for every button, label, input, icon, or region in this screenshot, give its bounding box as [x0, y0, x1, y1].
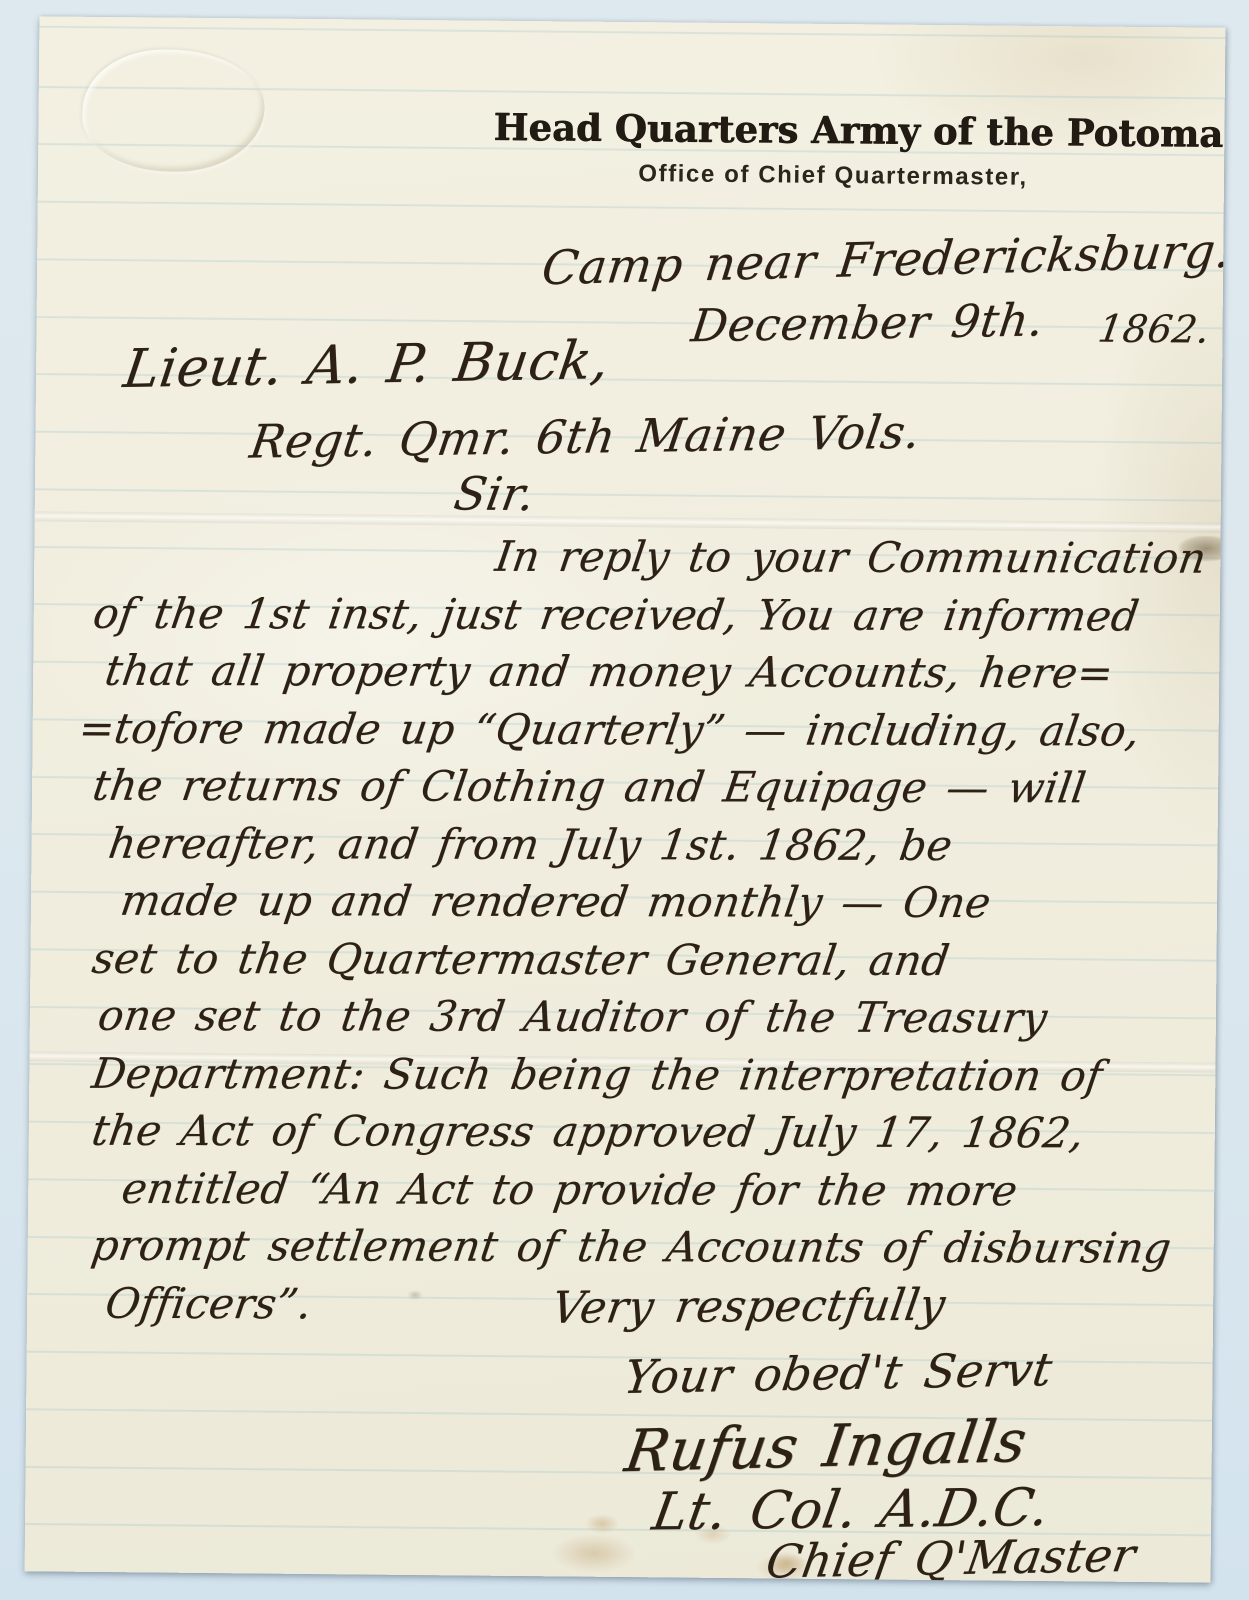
body-line: In reply to your Communication: [90, 527, 1208, 587]
body-line: set to the Quartermaster General, and: [89, 929, 1207, 989]
recipient-name: Lieut. A. P. Buck,: [120, 330, 613, 400]
body-line: one set to the 3rd Auditor of the Treasu…: [94, 987, 1206, 1047]
signature-name: Rufus Ingalls: [621, 1407, 1032, 1485]
recipient-unit: Regt. Qmr. 6th Maine Vols.: [247, 405, 925, 469]
letterhead-office: Office of Chief Quartermaster,: [493, 159, 1173, 194]
embossed-seal: [82, 49, 265, 173]
body-line: hereafter, and from July 1st. 1862, be: [105, 814, 1207, 874]
body-line: made up and rendered monthly — One: [117, 872, 1207, 932]
stain-spot: [585, 1514, 619, 1534]
printed-letterhead: Head Quarters Army of the Potomac, Offic…: [493, 105, 1174, 194]
scan-background: Head Quarters Army of the Potomac, Offic…: [0, 0, 1249, 1600]
salutation: Sir.: [450, 466, 539, 521]
dateline-place: Camp near Fredericksburg.: [539, 224, 1225, 297]
closing-respectfully: Very respectfully: [548, 1280, 949, 1334]
body-line: of the 1st inst, just received, You are …: [89, 584, 1207, 644]
body-line: prompt settlement of the Accounts of dis…: [88, 1217, 1206, 1277]
body-line: entitled “An Act to provide for the more: [118, 1159, 1206, 1219]
dateline-date: December 9th.: [688, 293, 1046, 352]
letter-body: In reply to your Communication of the 1s…: [88, 527, 1200, 1335]
body-line: Department: Such being the interpretatio…: [88, 1044, 1206, 1104]
body-line: the Act of Congress approved July 17, 18…: [88, 1102, 1206, 1162]
body-line: that all property and money Accounts, he…: [101, 642, 1207, 702]
closing-obedient-servant: Your obed't Servt: [621, 1342, 1056, 1404]
body-line: the returns of Clothing and Equipage — w…: [89, 757, 1207, 817]
dateline-year: 1862.: [1095, 307, 1213, 352]
signature-title: Chief Q'Master: [762, 1528, 1139, 1583]
body-line: =tofore made up “Quarterly” — including,…: [75, 699, 1207, 759]
paper-sheet: Head Quarters Army of the Potomac, Offic…: [25, 16, 1226, 1582]
letterhead-title: Head Quarters Army of the Potomac,: [493, 105, 1173, 156]
